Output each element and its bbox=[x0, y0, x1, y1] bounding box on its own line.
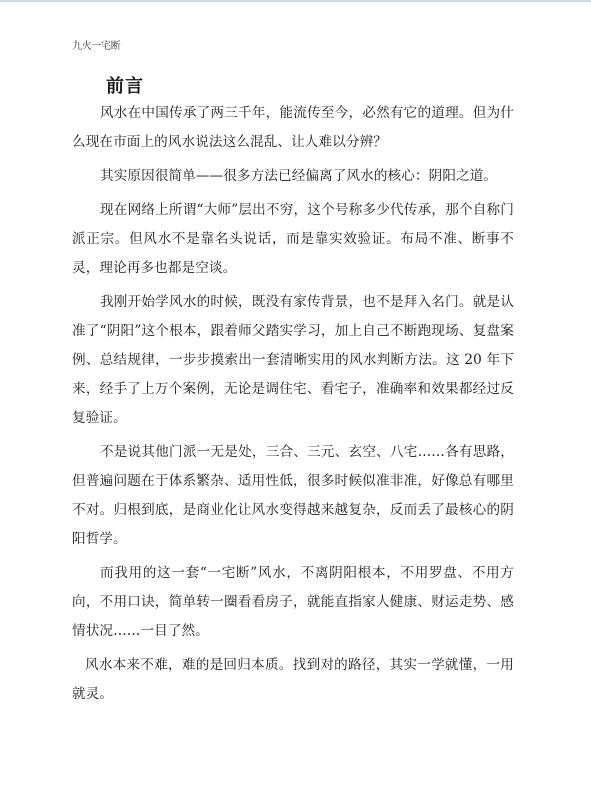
page-top-shadow bbox=[0, 2, 591, 10]
page-title: 前言 bbox=[106, 75, 144, 99]
paragraph-5: 不是说其他门派一无是处，三合、三元、玄空、八宅……各有思路，但普遍问题在于体系繁… bbox=[72, 438, 514, 554]
running-header: 九火一宅断 bbox=[72, 40, 121, 54]
paragraph-7: 风水本来不难，难的是回归本质。找到对的路径，其实一学就懂，一用就灵。 bbox=[72, 651, 514, 709]
paragraph-1: 风水在中国传承了两三千年，能流传至今，必然有它的道理。但为什么现在市面上的风水说… bbox=[72, 99, 514, 157]
document-body: 风水在中国传承了两三千年，能流传至今，必然有它的道理。但为什么现在市面上的风水说… bbox=[72, 99, 514, 714]
paragraph-2: 其实原因很简单——很多方法已经偏离了风水的核心：阴阳之道。 bbox=[72, 162, 514, 191]
paragraph-4: 我刚开始学风水的时候，既没有家传背景，也不是拜入名门。就是认准了“阴阳”这个根本… bbox=[72, 288, 514, 433]
paragraph-3: 现在网络上所谓“大师”层出不穷，这个号称多少代传承，那个自称门派正宗。但风水不是… bbox=[72, 196, 514, 283]
paragraph-6: 而我用的这一套“一宅断”风水，不离阴阳根本，不用罗盘、不用方向，不用口诀，简单转… bbox=[72, 559, 514, 646]
